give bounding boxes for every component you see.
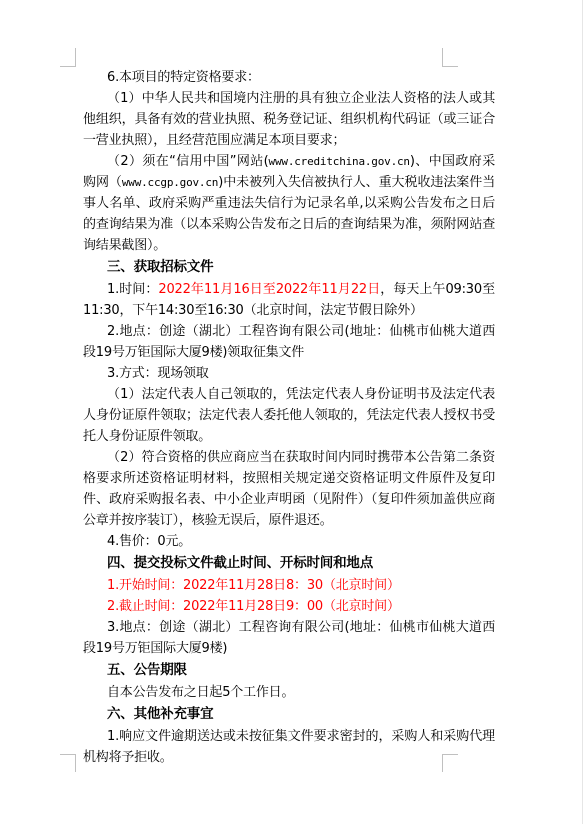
section-heading-5: 五、公告期限 xyxy=(83,659,495,682)
obtain-time-item: 1.时间：2022年11月16日至2022年11月22日，每天上午09:30至1… xyxy=(83,279,495,321)
price-item: 4.售价：0元。 xyxy=(83,531,495,552)
section-heading-4: 四、提交投标文件截止时间、开标时间和地点 xyxy=(83,552,495,575)
item-text: （2）须在“信用中国”网站( xyxy=(107,154,269,169)
corner-mark-top-left-h xyxy=(60,66,76,67)
ccgp-url: www.ccgp.gov.cn xyxy=(122,176,218,189)
section-heading-6: 六、其他补充事宜 xyxy=(83,703,495,726)
bid-location-item: 3.地点：创途（湖北）工程咨询有限公司(地址：仙桃市仙桃大道西段19号万钜国际大… xyxy=(83,617,495,659)
obtain-location-item: 2.地点：创途（湖北）工程咨询有限公司(地址：仙桃市仙桃大道西段19号万钜国际大… xyxy=(83,321,495,363)
deadline-item: 2.截止时间：2022年11月28日9：00（北京时间） xyxy=(83,596,495,617)
page-edge xyxy=(582,0,583,824)
obtain-method-sub-2: （2）符合资格的供应商应当在获取时间内同时携带本公告第二条资格要求所述资格证明材… xyxy=(83,447,495,531)
qualification-item-1: （1）中华人民共和国境内注册的具有独立企业法人资格的法人或其他组织，具备有效的营… xyxy=(83,88,495,151)
creditchina-url: www.creditchina.gov.cn xyxy=(269,155,410,168)
corner-mark-top-right-v xyxy=(442,48,443,67)
qualification-item-2: （2）须在“信用中国”网站(www.creditchina.gov.cn)、中国… xyxy=(83,151,495,256)
start-time-item: 1.开始时间：2022年11月28日8：30（北京时间） xyxy=(83,575,495,596)
time-label: 1.时间： xyxy=(107,282,158,297)
corner-mark-bottom-left-v xyxy=(75,754,76,772)
corner-mark-top-left-v xyxy=(75,48,76,67)
supplementary-item-1: 1.响应文件逾期送达或未按征集文件要求密封的，采购人和采购代理机构将予拒收。 xyxy=(83,726,495,768)
qualification-heading-item: 6.本项目的特定资格要求： xyxy=(83,67,495,88)
obtain-date-range: 2022年11月16日至2022年11月22日 xyxy=(158,282,380,297)
section-heading-3: 三、获取招标文件 xyxy=(83,256,495,279)
obtain-method-sub-1: （1）法定代表人自己领取的，凭法定代表人身份证明书及法定代表人身份证原件领取；法… xyxy=(83,384,495,447)
obtain-method-item: 3.方式：现场领取 xyxy=(83,363,495,384)
notice-period-item: 自本公告发布之日起5个工作日。 xyxy=(83,682,495,703)
document-body: 6.本项目的特定资格要求： （1）中华人民共和国境内注册的具有独立企业法人资格的… xyxy=(83,67,495,768)
corner-mark-bottom-left-h xyxy=(60,754,76,755)
